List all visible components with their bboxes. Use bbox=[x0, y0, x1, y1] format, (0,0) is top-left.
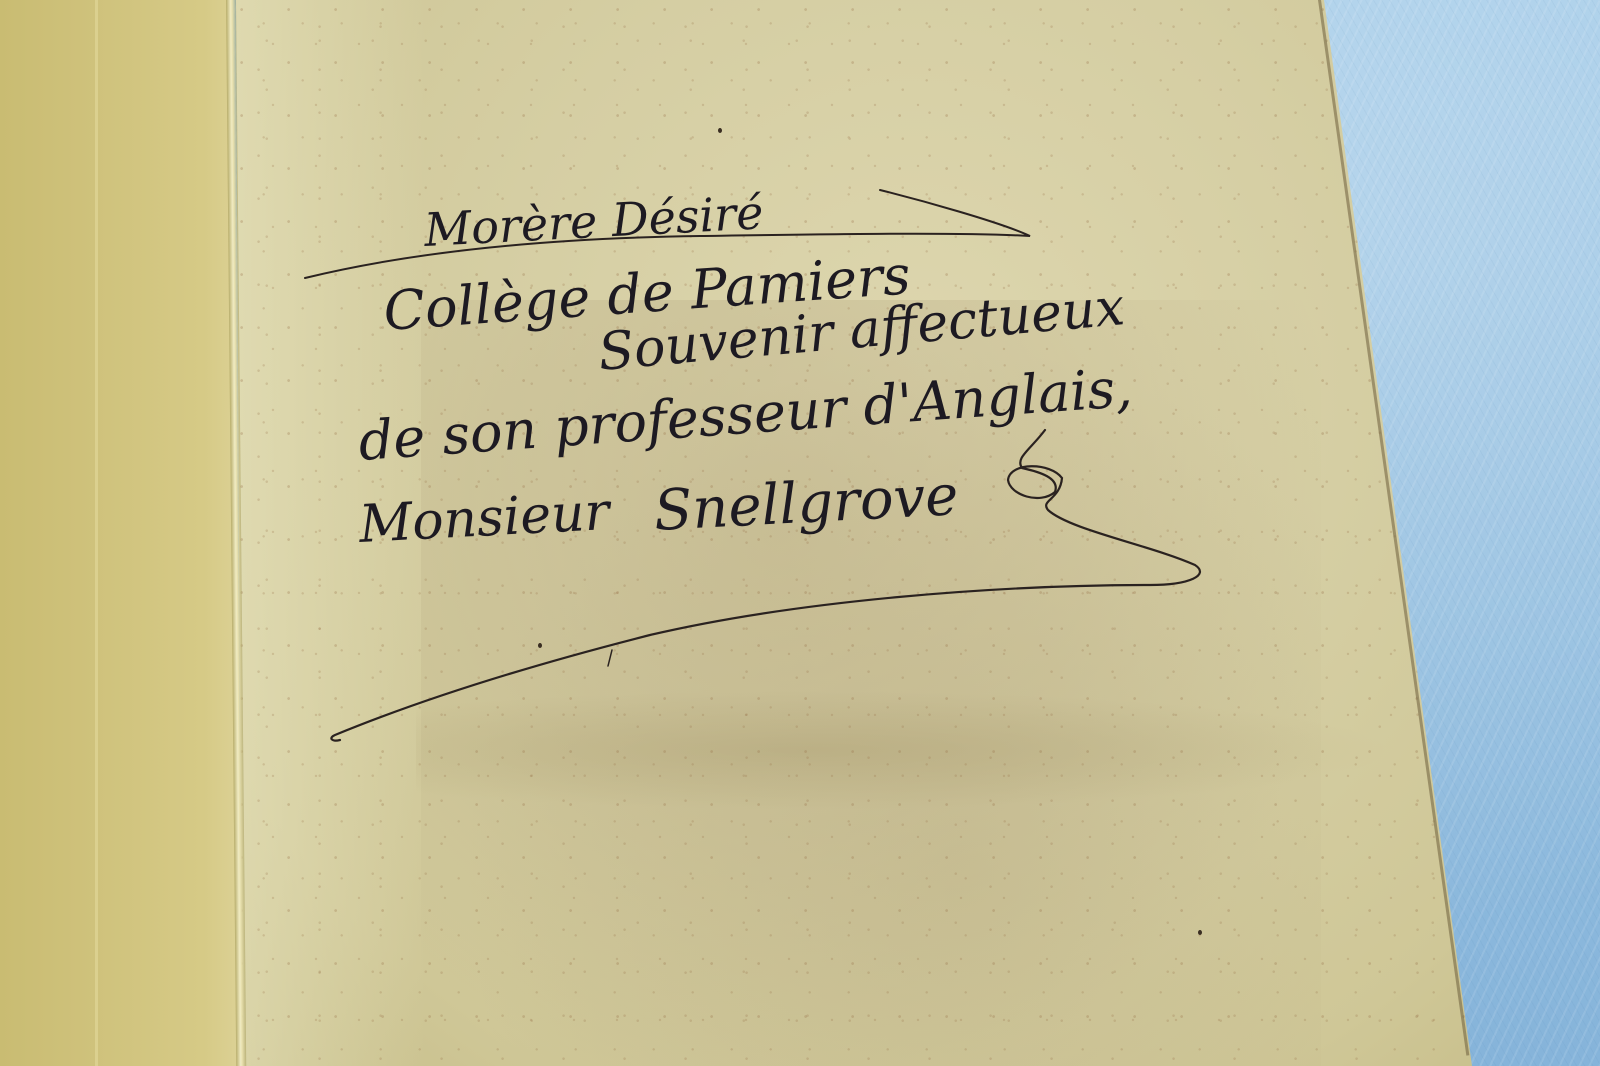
signature-prefix: Monsieur bbox=[357, 482, 614, 555]
inscription-line-1: Morère Désiré bbox=[422, 185, 765, 257]
signature-name: Snellgrove bbox=[652, 463, 959, 544]
inscription-line-4: de son professeur d'Anglais, bbox=[357, 356, 1135, 473]
handwriting-layer: Morère Désiré Collège de Pamiers Souveni… bbox=[0, 0, 1600, 1066]
ink-tick-mark bbox=[608, 650, 612, 666]
photo-scene: Morère Désiré Collège de Pamiers Souveni… bbox=[0, 0, 1600, 1066]
